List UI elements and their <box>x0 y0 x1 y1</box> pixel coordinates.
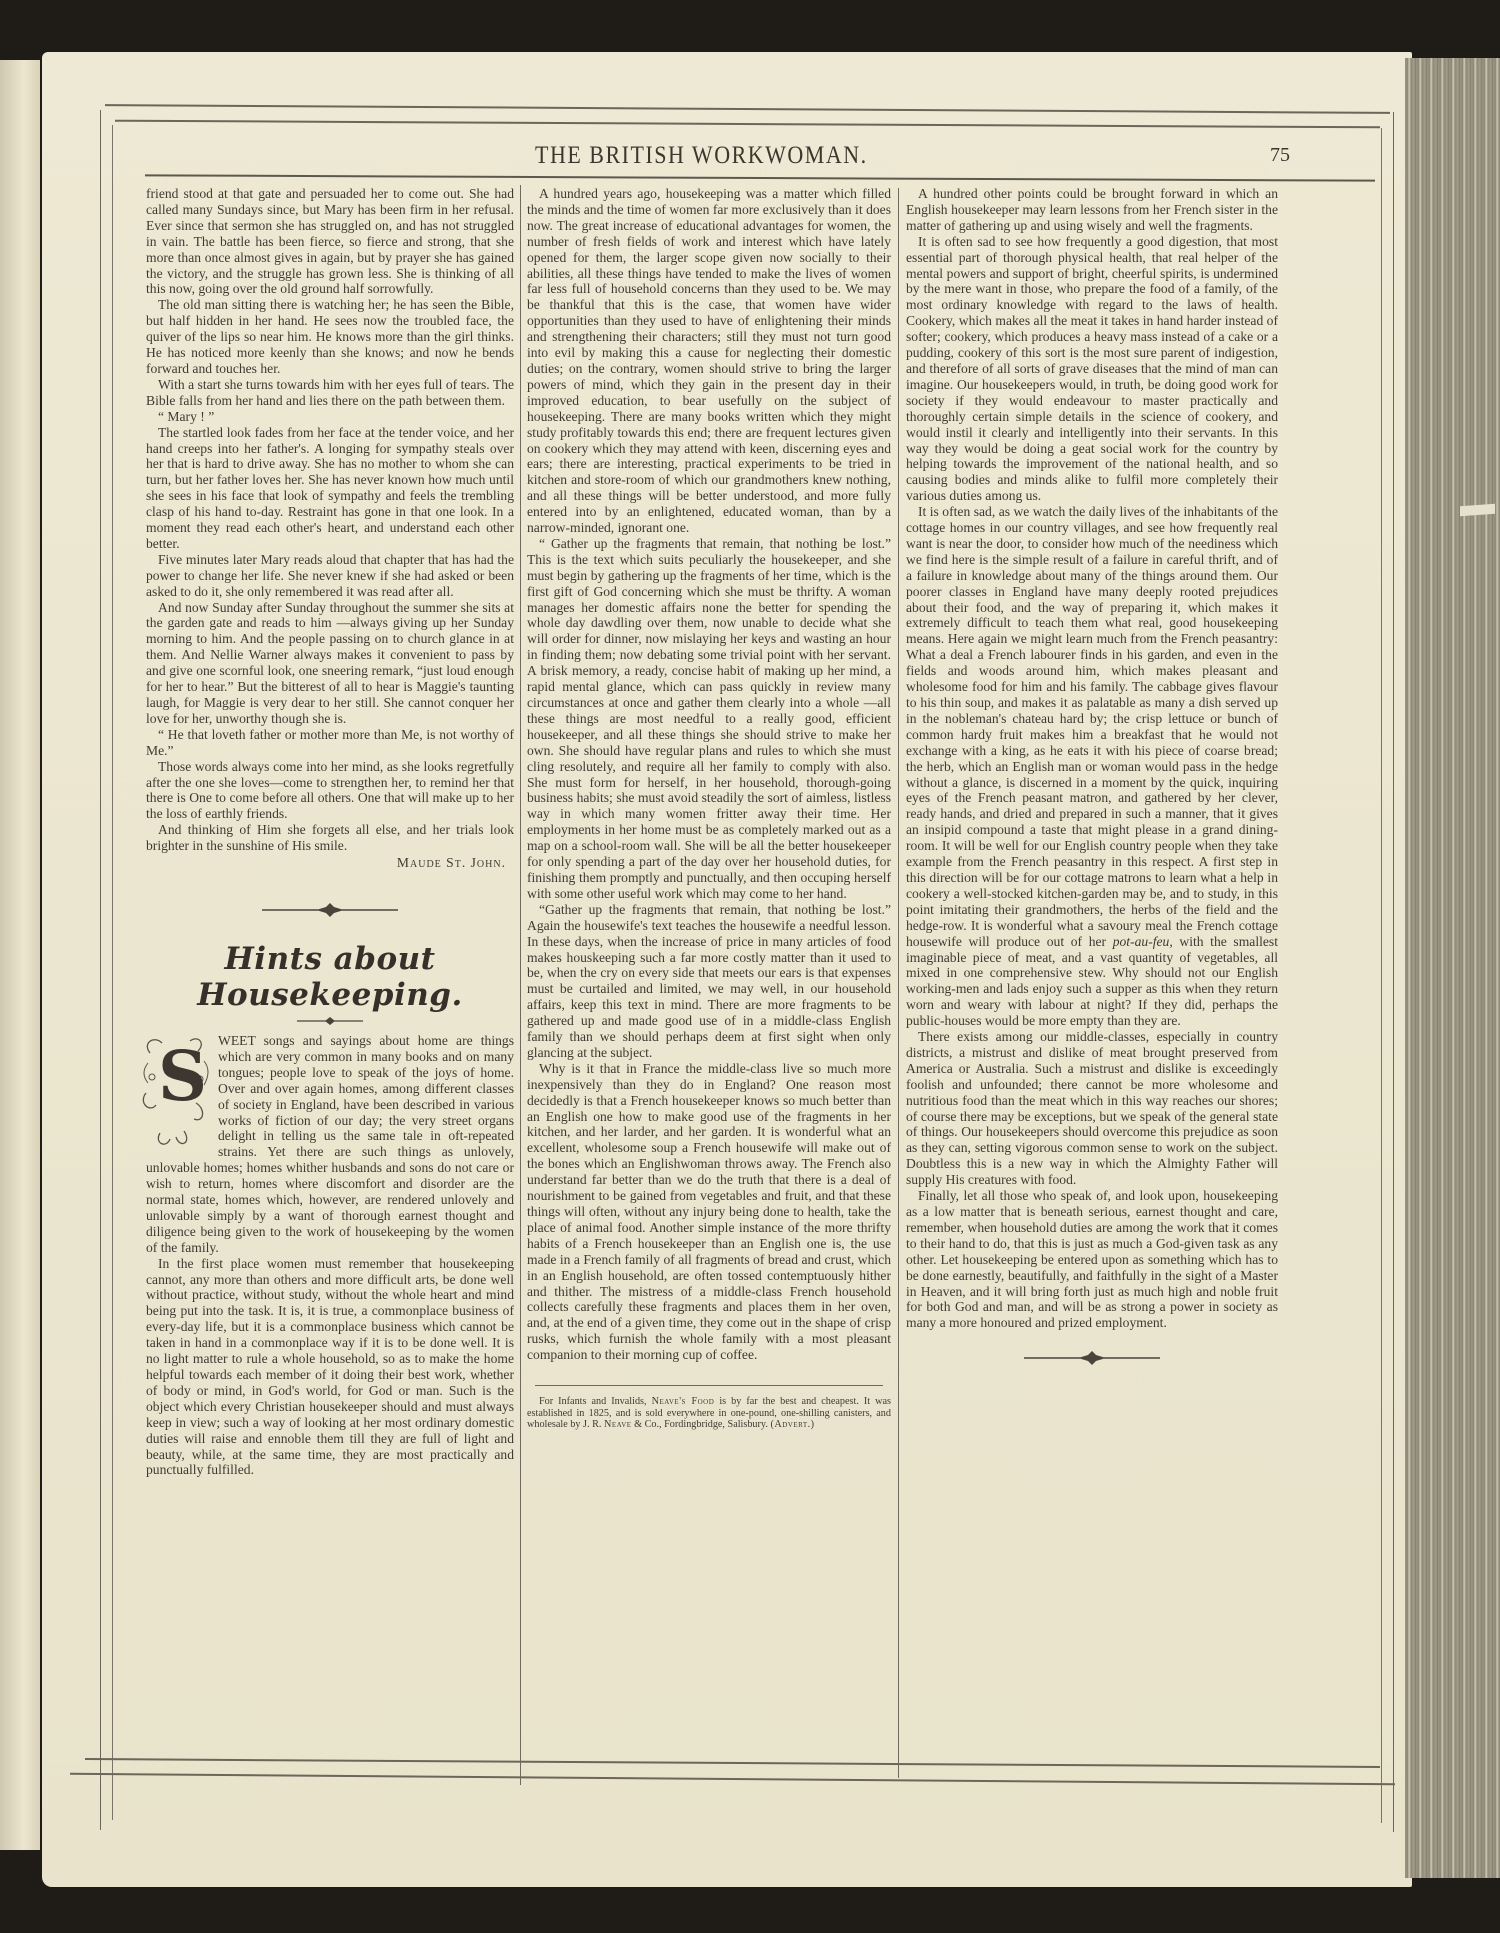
running-title: THE BRITISH WORKWOMAN. <box>535 140 868 170</box>
advert-text: & Co., Fordingbridge, Salisbury. <box>632 1419 771 1430</box>
facing-page-edge <box>0 60 40 1850</box>
decorated-initial-icon: S <box>140 1033 212 1151</box>
paragraph: It is often sad, as we watch the daily l… <box>906 504 1278 1029</box>
column-rule <box>898 188 899 1778</box>
paragraph: In the first place women must remember t… <box>146 1256 514 1479</box>
advert-text: For Infants and Invalids, <box>539 1396 652 1407</box>
advert-brand: Neave's Food <box>652 1396 715 1407</box>
paragraph: It is often sad to see how frequently a … <box>906 234 1278 504</box>
paragraph: Why is it that in France the middle-clas… <box>527 1061 891 1363</box>
paragraph: There exists among our middle-classes, e… <box>906 1029 1278 1188</box>
page-number: 75 <box>1270 144 1290 167</box>
paragraph: friend stood at that gate and persuaded … <box>146 186 514 297</box>
paragraph: Five minutes later Mary reads aloud that… <box>146 552 514 600</box>
paragraph: “ Mary ! ” <box>146 409 514 425</box>
ornament-divider-icon <box>906 1349 1278 1367</box>
small-ornament-icon <box>146 1015 514 1027</box>
paragraph: And now Sunday after Sunday throughout t… <box>146 600 514 727</box>
section-title: Hints about Housekeeping. <box>146 941 514 1013</box>
paragraph: The old man sitting there is watching he… <box>146 297 514 377</box>
paragraph: A hundred years ago, housekeeping was a … <box>527 186 891 536</box>
border-rule <box>100 110 101 1830</box>
border-rule <box>1393 112 1394 1832</box>
border-rule <box>112 125 113 1820</box>
paragraph: And thinking of Him she forgets all else… <box>146 822 514 854</box>
opening-paragraph: S WEET songs and sayings about home are … <box>146 1033 514 1256</box>
advert-tag: (Advert.) <box>770 1419 814 1430</box>
paragraph: The startled look fades from her face at… <box>146 425 514 552</box>
paragraph-text: It is often sad, as we watch the daily l… <box>906 504 1278 948</box>
paragraph: “ He that loveth father or mother more t… <box>146 727 514 759</box>
author-signature: Maude St. John. <box>146 855 514 871</box>
paragraph: A hundred other points could be brought … <box>906 186 1278 234</box>
running-head: THE BRITISH WORKWOMAN. 75 <box>140 140 1380 170</box>
italic-term: pot-au-feu, <box>1113 934 1173 949</box>
page-block-fore-edge <box>1405 58 1500 1878</box>
column-1: friend stood at that gate and persuaded … <box>146 186 514 1478</box>
ornament-divider-icon <box>146 901 514 919</box>
paragraph: “Gather up the fragments that remain, th… <box>527 902 891 1061</box>
paragraph: Those words always come into her mind, a… <box>146 759 514 823</box>
paragraph: “ Gather up the fragments that remain, t… <box>527 536 891 902</box>
column-rule <box>520 185 521 1785</box>
advertisement: For Infants and Invalids, Neave's Food i… <box>527 1396 891 1431</box>
advert-rule <box>535 1385 883 1386</box>
paragraph: Finally, let all those who speak of, and… <box>906 1188 1278 1331</box>
paragraph: With a start she turns towards him with … <box>146 377 514 409</box>
advert-maker: Neave <box>604 1419 632 1430</box>
column-3: A hundred other points could be brought … <box>906 186 1278 1389</box>
dropcap-letter: S <box>158 1043 207 1111</box>
border-rule <box>1381 128 1382 1823</box>
column-2: A hundred years ago, housekeeping was a … <box>527 186 891 1431</box>
